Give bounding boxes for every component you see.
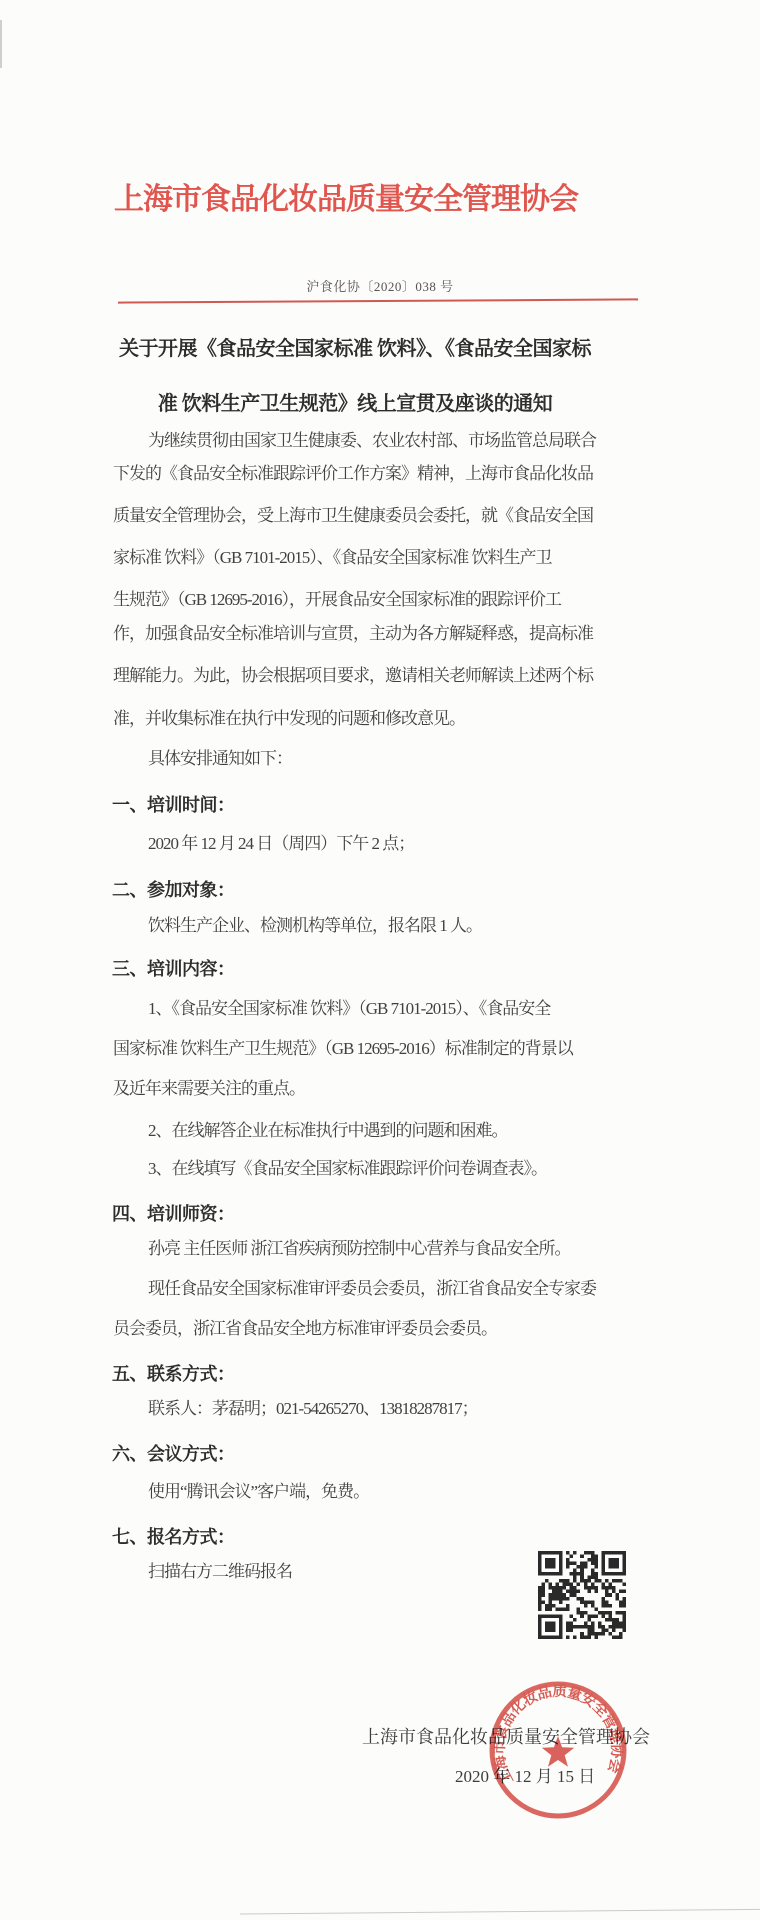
section-line: 3、在线填写《食品安全国家标准跟踪评价问卷调查表》。 [148, 1158, 668, 1180]
seal-star-icon [542, 1736, 574, 1767]
scan-artifact-bottom-edge [240, 1909, 760, 1915]
intro-line: 生规范》（GB 12695-2016），开展食品安全国家标准的跟踪评价工 [113, 589, 633, 611]
section-line: 员会委员，浙江省食品安全地方标准审评委员会委员。 [113, 1318, 633, 1340]
scanned-notice-page: 上海市食品化妆品质量安全管理协会 沪食化协〔2020〕038 号 关于开展《食品… [0, 0, 760, 1920]
section-line: 2020 年 12 月 24 日（周四）下午 2 点； [148, 833, 668, 855]
section-title-meeting-method: 六、会议方式： [112, 1440, 235, 1466]
intro-line: 作，加强食品安全标准培训与宣贯，主动为各方解疑释惑，提高标准 [113, 623, 633, 645]
section-line: 饮料生产企业、检测机构等单位，报名限 1 人。 [148, 915, 668, 937]
contact-line: 联系人：茅磊明；021-54265270、13818287817； [148, 1398, 668, 1420]
section-line: 2、在线解答企业在标准执行中遇到的问题和困难。 [148, 1120, 668, 1142]
letterhead-red-rule [118, 298, 638, 303]
section-line: 及近年来需要关注的重点。 [113, 1078, 633, 1100]
notice-title: 关于开展《食品安全国家标准 饮料》、《食品安全国家标 准 饮料生产卫生规范》线上… [95, 322, 615, 432]
section-line: 使用“腾讯会议”客户端，免费。 [148, 1481, 668, 1503]
scan-artifact-left-edge [0, 20, 2, 68]
registration-qr-code [538, 1551, 626, 1639]
svg-text:上海市食品化妆品质量安全管理协会: 上海市食品化妆品质量安全管理协会 [490, 1682, 626, 1787]
section-title-training-time: 一、培训时间： [112, 791, 235, 817]
section-line: 1、《食品安全国家标准 饮料》（GB 7101-2015）、《食品安全 [148, 998, 668, 1020]
intro-closing: 具体安排通知如下： [148, 748, 668, 770]
intro-line: 为继续贯彻由国家卫生健康委、农业农村部、市场监管总局联合 [148, 430, 668, 452]
letterhead-org-title: 上海市食品化妆品质量安全管理协会 [86, 174, 606, 218]
official-red-seal: 上海市食品化妆品质量安全管理协会 [483, 1675, 633, 1825]
intro-line: 质量安全管理协会，受上海市卫生健康委员会委托，就《食品安全国 [113, 505, 633, 527]
section-line: 国家标准 饮料生产卫生规范》（GB 12695-2016）标准制定的背景以 [113, 1038, 633, 1060]
intro-line: 理解能力。为此，协会根据项目要求，邀请相关老师解读上述两个标 [113, 665, 633, 687]
section-title-participants: 二、参加对象： [112, 876, 235, 902]
section-title-training-content: 三、培训内容： [112, 955, 235, 981]
intro-line: 准，并收集标准在执行中发现的问题和修改意见。 [113, 708, 633, 730]
notice-title-line2: 准 饮料生产卫生规范》线上宣贯及座谈的通知 [95, 377, 615, 432]
intro-line: 家标准 饮料》（GB 7101-2015）、《食品安全国家标准 饮料生产卫 [113, 547, 633, 569]
notice-title-line1: 关于开展《食品安全国家标准 饮料》、《食品安全国家标 [95, 322, 615, 377]
section-title-registration: 七、报名方式： [112, 1523, 235, 1549]
section-title-trainers: 四、培训师资： [112, 1200, 235, 1226]
section-line: 孙亮 主任医师 浙江省疾病预防控制中心营养与食品安全所。 [148, 1238, 668, 1260]
section-title-contact: 五、联系方式： [112, 1360, 235, 1386]
section-line: 现任食品安全国家标准审评委员会委员，浙江省食品安全专家委 [148, 1278, 668, 1300]
seal-ring-text: 上海市食品化妆品质量安全管理协会 [490, 1682, 626, 1787]
intro-line: 下发的《食品安全标准跟踪评价工作方案》精神，上海市食品化妆品 [113, 463, 633, 485]
document-number: 沪食化协〔2020〕038 号 [0, 276, 760, 295]
